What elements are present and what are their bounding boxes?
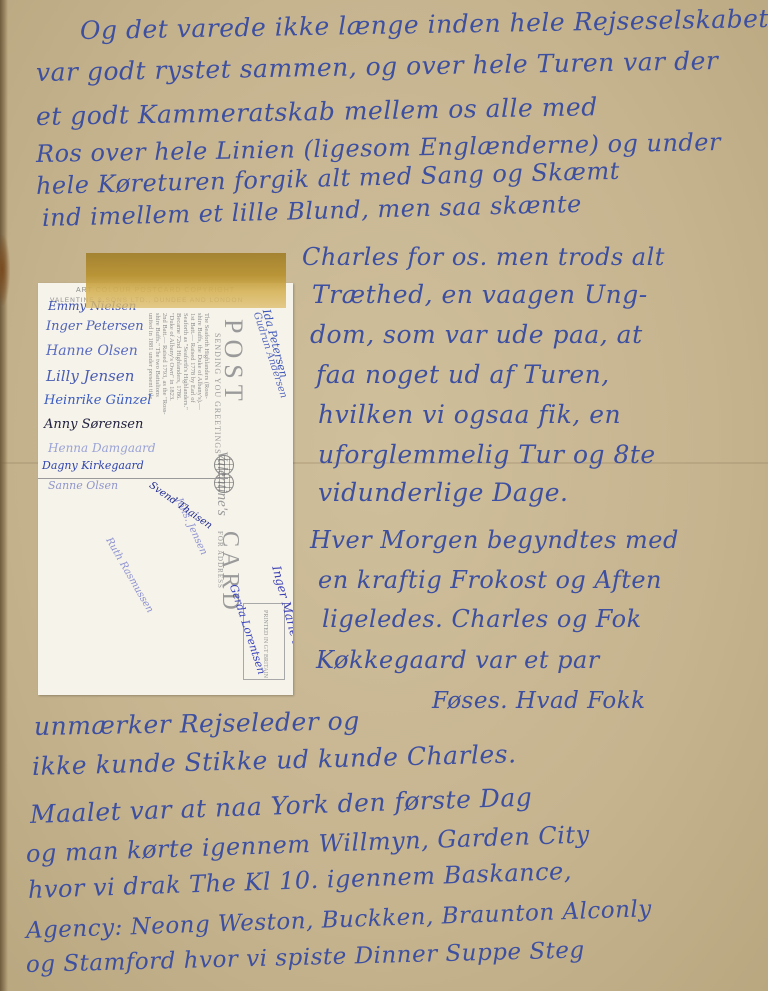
handwriting-line: ligeledes. Charles og Fok bbox=[322, 605, 642, 633]
signature: Sanne Olsen bbox=[48, 479, 118, 492]
signature: Heinrike Günzel bbox=[44, 393, 151, 408]
signature: Anny Sørensen bbox=[44, 417, 143, 432]
tape-stain bbox=[0, 235, 10, 305]
taped-postcard: ART COLOUR POSTCARD COPYRIGHT VALENTINE … bbox=[38, 283, 293, 695]
handwriting-line: Træthed, en vaagen Ung- bbox=[312, 280, 648, 309]
signature: Dagny Kirkegaard bbox=[42, 459, 144, 472]
handwriting-line: Charles for os. men trods alt bbox=[302, 243, 665, 271]
handwriting-line: vidunderlige Dage. bbox=[318, 478, 569, 507]
signature: Svend Thaisen bbox=[147, 480, 214, 532]
signature: Hanne Olsen bbox=[46, 343, 138, 359]
book-spine bbox=[0, 0, 8, 991]
handwriting-line: en kraftig Frokost og Aften bbox=[318, 566, 662, 594]
handwriting-line: uforglemmelig Tur og 8te bbox=[318, 440, 656, 469]
adhesive-tape bbox=[86, 253, 286, 308]
handwriting-line: og Stamford hvor vi spiste Dinner Suppe … bbox=[26, 937, 585, 978]
handwriting-line: Maalet var at naa York den første Dag bbox=[29, 782, 532, 829]
postcard-post-label: POST bbox=[218, 319, 248, 407]
signature: Inger Petersen bbox=[46, 319, 144, 334]
diary-page: Og det varede ikke længe inden hele Rejs… bbox=[0, 0, 768, 991]
handwriting-line: unmærker Rejseleder og bbox=[34, 706, 360, 741]
handwriting-line: Køkkegaard var et par bbox=[316, 646, 600, 674]
postcard-address-label: FOR ADDRESS bbox=[216, 531, 224, 589]
globe-logo-icon bbox=[214, 473, 234, 493]
handwriting-line: faa noget ud af Turen, bbox=[316, 360, 610, 389]
postcard-greetings: SENDING YOU GREETINGS bbox=[213, 333, 222, 455]
handwriting-line: et godt Kammeratskab mellem os alle med bbox=[36, 92, 598, 131]
handwriting-line: Og det varede ikke længe inden hele Rejs… bbox=[80, 4, 768, 45]
handwriting-line: hvilken vi ogsaa fik, en bbox=[318, 400, 621, 429]
signature: Lilly Jensen bbox=[46, 367, 134, 385]
handwriting-line: Føses. Hvad Fokk bbox=[432, 688, 646, 714]
signature: Ruth Rasmussen bbox=[103, 536, 155, 615]
globe-logo-icon bbox=[214, 455, 234, 475]
handwriting-line: Agency: Neong Weston, Buckken, Braunton … bbox=[26, 896, 653, 944]
postcard-description: The Seaforth Highlanders (Ross- shire Bu… bbox=[147, 313, 210, 463]
handwriting-line: ikke kunde Stikke ud kunde Charles. bbox=[32, 739, 517, 781]
handwriting-line: dom, som var ude paa, at bbox=[310, 320, 643, 349]
signature: Henna Damgaard bbox=[48, 441, 156, 455]
handwriting-line: var godt rystet sammen, og over hele Tur… bbox=[36, 46, 719, 87]
handwriting-line: Hver Morgen begyndtes med bbox=[310, 526, 679, 554]
